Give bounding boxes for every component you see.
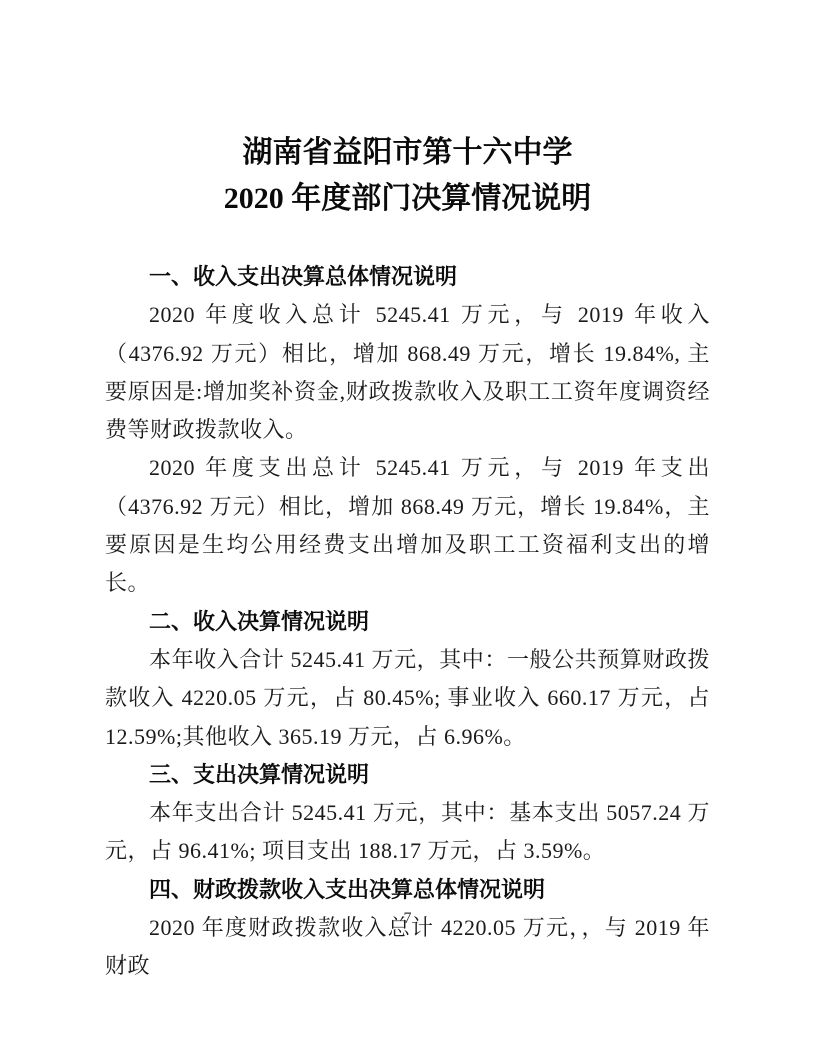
paragraph: 2020 年度支出总计 5245.41 万元，与 2019 年支出（4376.9… — [105, 449, 710, 602]
paragraph: 本年支出合计 5245.41 万元，其中：基本支出 5057.24 万元，占 9… — [105, 794, 710, 871]
page-number: 7 — [0, 910, 815, 928]
section-heading-2: 二、收入决算情况说明 — [105, 603, 710, 641]
document-title-line1: 湖南省益阳市第十六中学 — [105, 130, 710, 176]
section-heading-4: 四、财政拨款收入支出决算总体情况说明 — [105, 871, 710, 909]
document-content: 湖南省益阳市第十六中学 2020 年度部门决算情况说明 一、收入支出决算总体情况… — [105, 130, 710, 986]
paragraph: 本年收入合计 5245.41 万元，其中：一般公共预算财政拨款收入 4220.0… — [105, 641, 710, 756]
paragraph: 2020 年度收入总计 5245.41 万元，与 2019 年收入（4376.9… — [105, 296, 710, 449]
document-page: 湖南省益阳市第十六中学 2020 年度部门决算情况说明 一、收入支出决算总体情况… — [0, 0, 815, 1055]
section-heading-1: 一、收入支出决算总体情况说明 — [105, 258, 710, 296]
section-heading-3: 三、支出决算情况说明 — [105, 756, 710, 794]
document-body: 一、收入支出决算总体情况说明2020 年度收入总计 5245.41 万元，与 2… — [105, 258, 710, 986]
document-title-line2: 2020 年度部门决算情况说明 — [105, 176, 710, 222]
document-title: 湖南省益阳市第十六中学 2020 年度部门决算情况说明 — [105, 130, 710, 222]
